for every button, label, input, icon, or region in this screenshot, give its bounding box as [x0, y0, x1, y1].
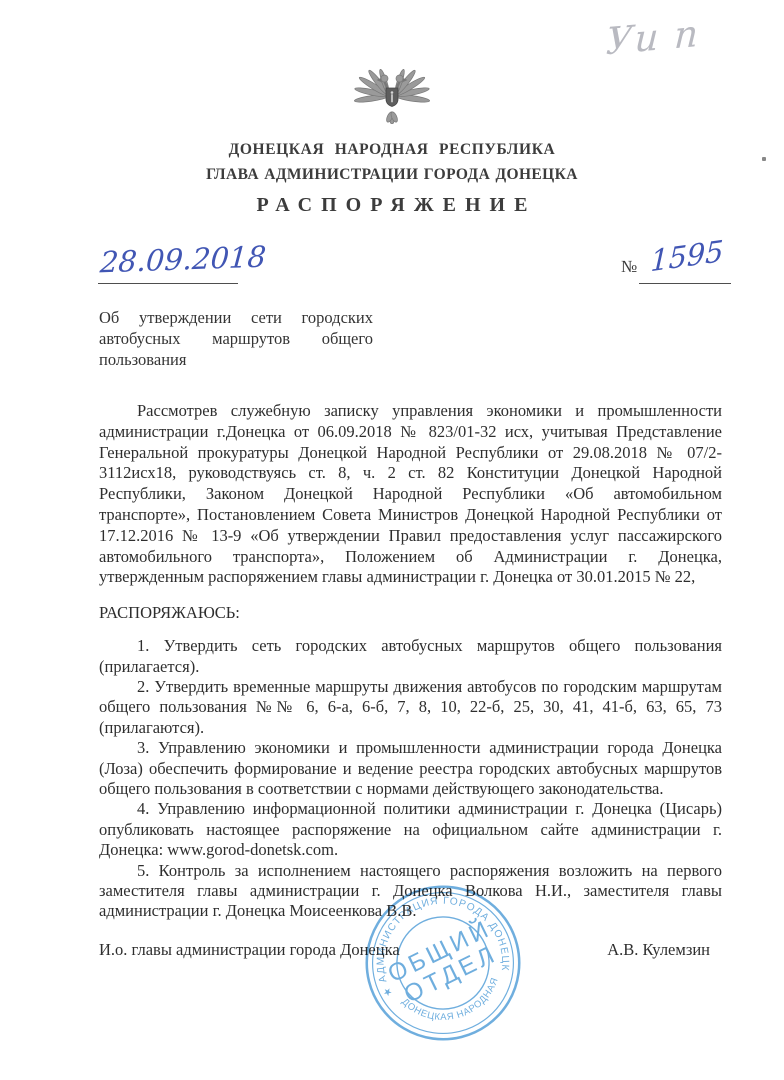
signature-row: И.о. главы администрации города Донецка …: [99, 940, 710, 960]
decree-item-2: 2. Утвердить временные маршруты движения…: [99, 677, 722, 738]
number-underline: [639, 283, 731, 284]
decree-item-1: 1. Утвердить сеть городских автобусных м…: [99, 636, 722, 677]
document-type-title: РАСПОРЯЖЕНИЕ: [0, 194, 784, 217]
preamble-paragraph: Рассмотрев служебную записку управления …: [99, 401, 722, 588]
signer-position: И.о. главы администрации города Донецка: [99, 940, 400, 960]
handwritten-date: 28.09.2018: [99, 241, 235, 280]
number-label: №: [621, 257, 637, 277]
coat-of-arms-eagle-icon: [346, 66, 438, 124]
signer-name: А.В. Кулемзин: [607, 940, 710, 960]
decree-item-4: 4. Управлению информационной политики ад…: [99, 799, 722, 860]
document-page: Уи п: [0, 0, 784, 1080]
header-authority: ГЛАВА АДМИНИСТРАЦИИ ГОРОДА ДОНЕЦКА: [0, 166, 784, 184]
date-underline: [98, 283, 238, 284]
scan-speck: [762, 157, 766, 161]
subject-block: Об утверждении сети городских автобусных…: [99, 307, 373, 370]
decree-item-5: 5. Контроль за исполнением настоящего ра…: [99, 861, 722, 922]
date-number-row: 28.09.2018 № 1595: [0, 247, 784, 293]
header-republic: ДОНЕЦКАЯ НАРОДНАЯ РЕСПУБЛИКА: [0, 141, 784, 159]
decree-word: РАСПОРЯЖАЮСЬ:: [99, 603, 784, 623]
handwritten-number: 1595: [644, 233, 730, 279]
pencil-note: Уи п: [605, 12, 701, 64]
decree-item-3: 3. Управлению экономики и промышленности…: [99, 738, 722, 799]
